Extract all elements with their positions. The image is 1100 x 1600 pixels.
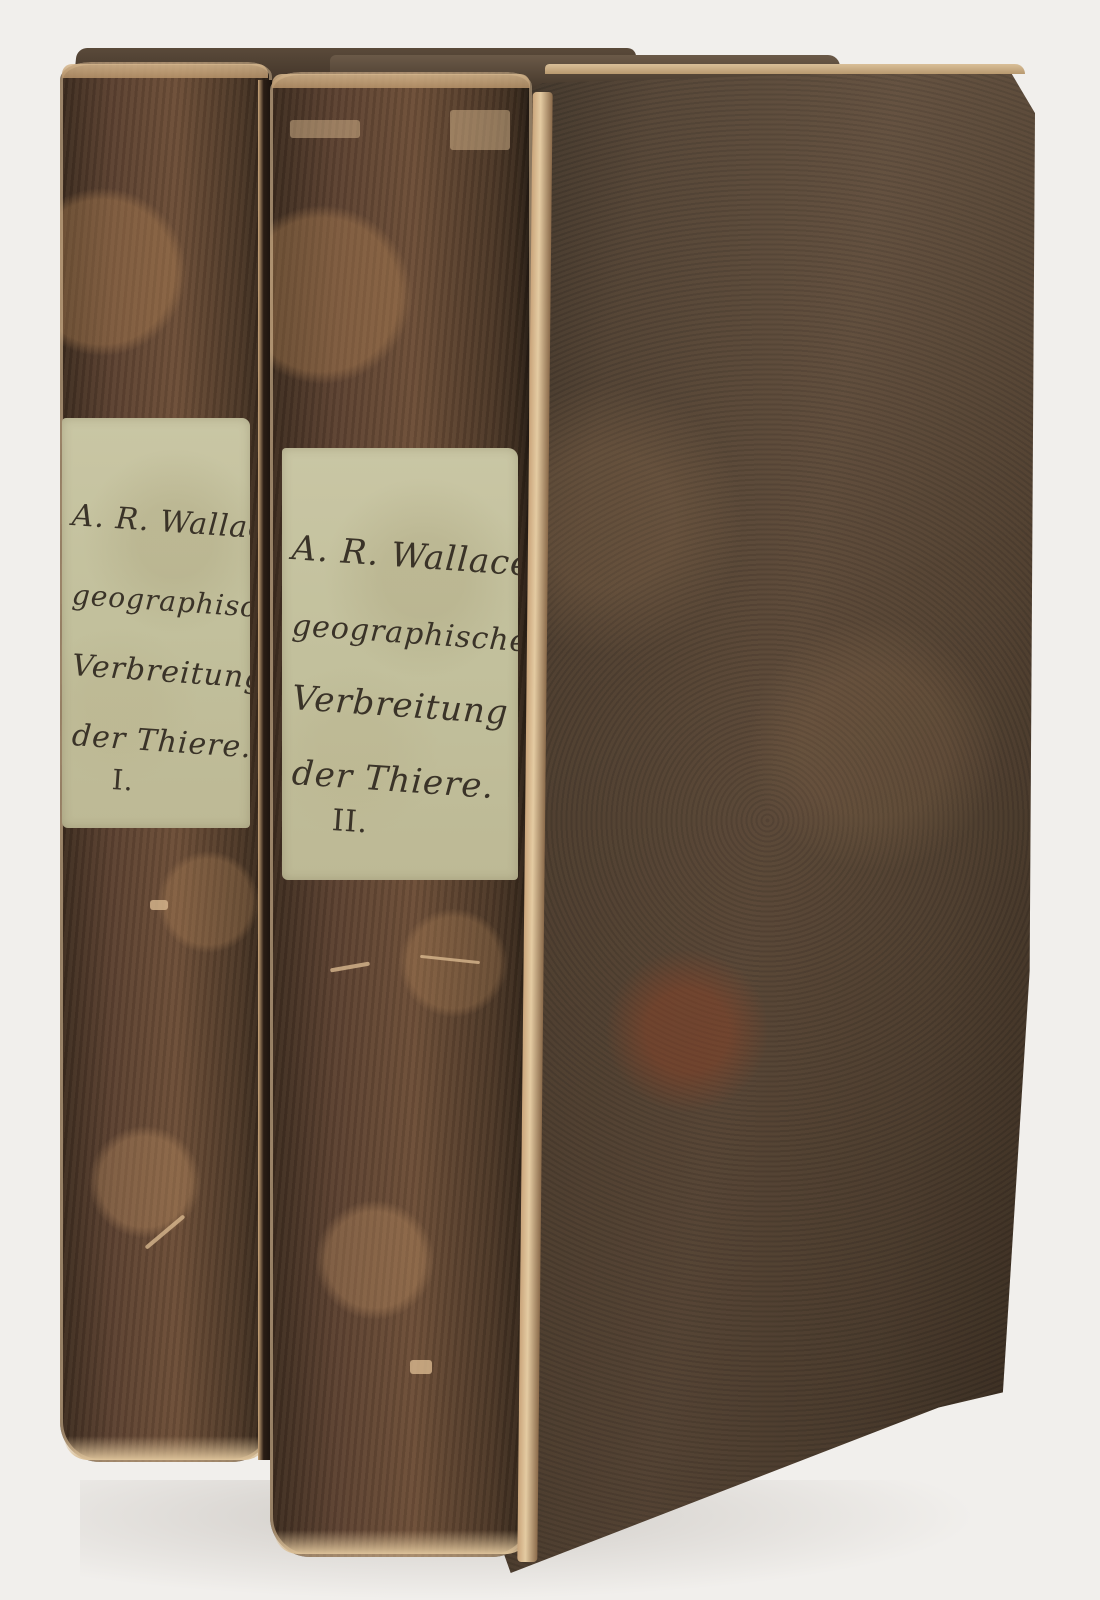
- label-title-line-3: der Thiere.: [71, 718, 250, 765]
- spine-bottom-wear-volume-1: [64, 1436, 268, 1460]
- label-volume-number: II.: [331, 803, 370, 840]
- label-title-line-2: Verbreitung: [71, 648, 250, 696]
- label-author: A. R. Wallace: [71, 498, 250, 548]
- wear-mark: [410, 1360, 432, 1374]
- cover-sheen: [500, 68, 1035, 1573]
- wear-mark: [450, 110, 510, 150]
- spine-top-wear-volume-2: [272, 74, 530, 88]
- label-title-line-3: der Thiere.: [291, 753, 496, 807]
- label-title-line-2: Verbreitung: [291, 678, 510, 733]
- wear-mark: [290, 120, 360, 138]
- spine-label-volume-2: A. R. Wallace geographische Verbreitung …: [282, 448, 518, 880]
- label-title-line-1: geographische: [71, 578, 250, 626]
- spine-top-wear-volume-1: [62, 64, 268, 78]
- spine-bottom-wear-volume-2: [274, 1530, 530, 1554]
- label-volume-number: I.: [111, 763, 135, 797]
- wear-mark: [150, 900, 168, 910]
- photo-scene: A. R. Wallace geographische Verbreitung …: [0, 0, 1100, 1600]
- cover-top-edge: [545, 64, 1025, 74]
- spine-label-volume-1: A. R. Wallace geographische Verbreitung …: [62, 418, 250, 828]
- label-title-line-1: geographische: [291, 608, 518, 659]
- label-author: A. R. Wallace: [291, 528, 518, 585]
